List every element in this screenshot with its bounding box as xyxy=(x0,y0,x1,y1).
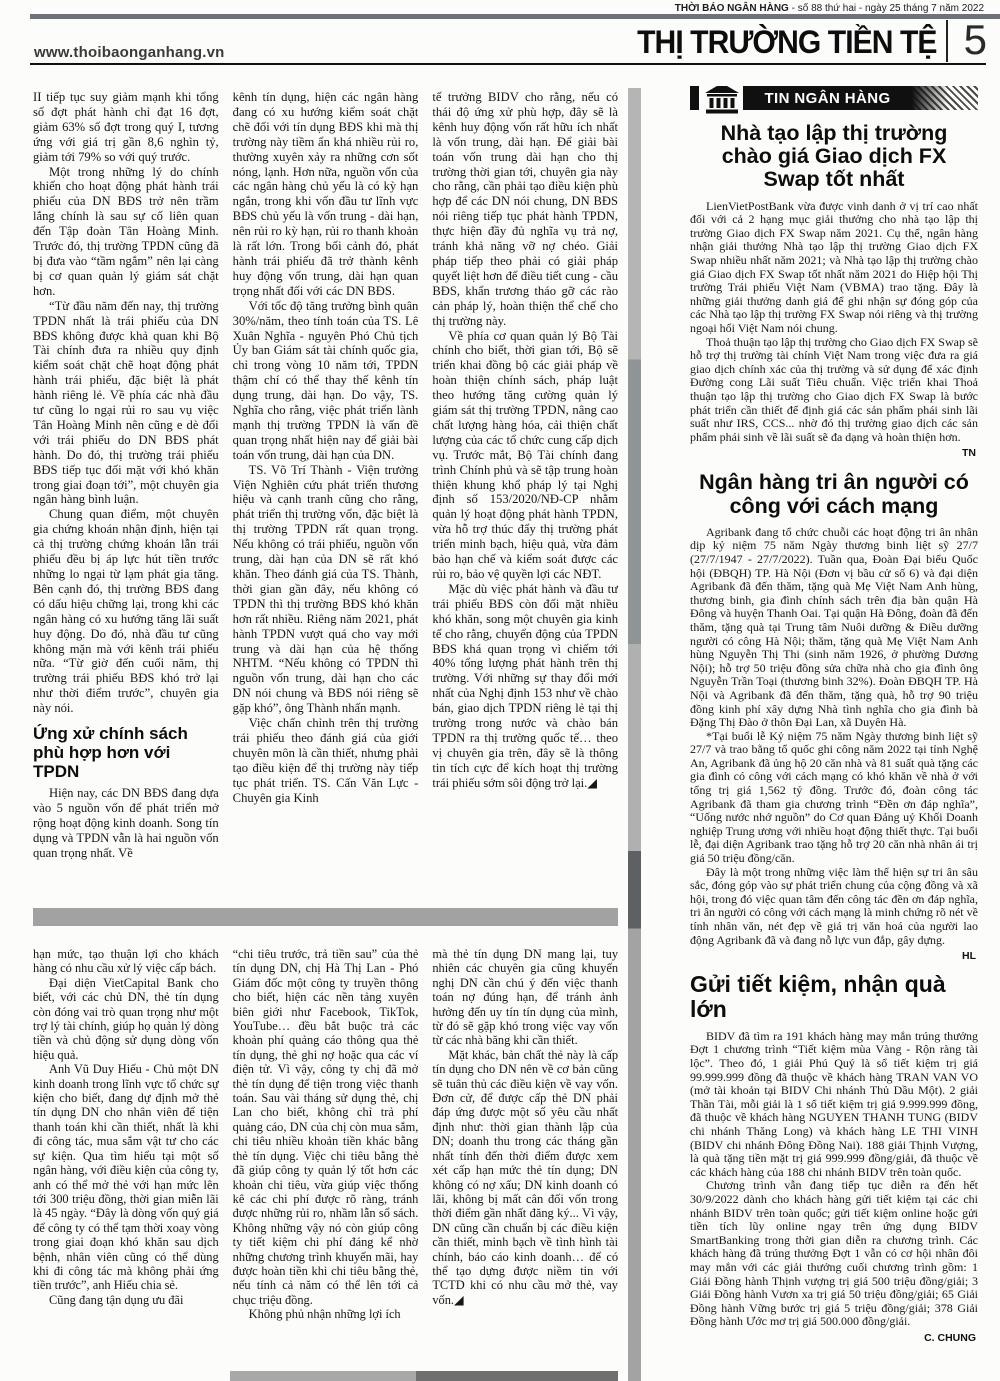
byline: TN xyxy=(690,447,976,459)
article-paragraph: Về phía cơ quan quản lý Bộ Tài chính cho… xyxy=(432,329,618,582)
byline: C. CHUNG xyxy=(690,1332,976,1344)
byline: HL xyxy=(690,950,976,962)
news-article-fx-swap: Nhà tạo lập thị trường chào giá Giao dịc… xyxy=(690,122,978,459)
article-column-3: tế trưởng BIDV cho rằng, nếu có thái độ … xyxy=(432,90,618,906)
article-paragraph: Không phủ nhận những lợi ích xyxy=(233,1307,419,1321)
bond-market-article: II tiếp tục suy giảm mạnh khi tổng số đợ… xyxy=(33,90,618,906)
page-number: 5 xyxy=(964,16,987,64)
issue-info: - số 88 thứ hai - ngày 25 tháng 7 năm 20… xyxy=(789,3,984,14)
article-paragraph: Mặt khác, bản chất thẻ này là cấp tín dụ… xyxy=(432,1048,618,1307)
news-body: Agribank đang tổ chức chuỗi các hoạt độn… xyxy=(690,526,978,947)
article-column-1: hạn mức, tạo thuận lợi cho khách hàng có… xyxy=(33,947,219,1380)
column-divider-strip xyxy=(628,88,641,1381)
article-paragraph: mà thẻ tín dụng DN mang lại, tuy nhiên c… xyxy=(432,947,618,1048)
article-paragraph: tế trưởng BIDV cho rằng, nếu có thái độ … xyxy=(432,90,618,329)
website-url: www.thoibaonganhang.vn xyxy=(34,44,225,61)
article-paragraph: Chung quan điểm, một chuyên gia chứng kh… xyxy=(33,507,219,716)
left-articles-region: II tiếp tục suy giảm mạnh khi tổng số đợ… xyxy=(33,90,618,1380)
article-paragraph: Mặc dù việc phát hành và đầu tư trái phi… xyxy=(432,582,618,791)
news-headline: Ngân hàng tri ân người có công với cách … xyxy=(694,471,974,517)
top-divider-band xyxy=(30,14,1000,19)
article-paragraph: LienVietPostBank vừa được vinh danh ở vị… xyxy=(690,200,978,336)
section-title: THỊ TRƯỜNG TIỀN TỆ xyxy=(637,24,936,61)
article-paragraph: Thoả thuận tạo lập thị trường cho Giao d… xyxy=(690,336,978,445)
news-body: BIDV đã tìm ra 191 khách hàng may mắn tr… xyxy=(690,1030,978,1329)
bank-building-icon xyxy=(701,86,743,110)
credit-card-article: hạn mức, tạo thuận lợi cho khách hàng có… xyxy=(33,947,618,1380)
news-body: LienVietPostBank vừa được vinh danh ở vị… xyxy=(690,200,978,445)
news-headline: Gửi tiết kiệm, nhận quà lớn xyxy=(690,972,978,1022)
article-paragraph: Hiện nay, các DN BĐS đang dựa vào 5 nguồ… xyxy=(33,786,219,861)
article-paragraph: II tiếp tục suy giảm mạnh khi tổng số đợ… xyxy=(33,90,219,165)
article-paragraph: Đại diện VietCapital Bank cho biết, với … xyxy=(33,976,219,1062)
article-column-3: mà thẻ tín dụng DN mang lại, tuy nhiên c… xyxy=(432,947,618,1380)
news-article-agribank: Ngân hàng tri ân người có công với cách … xyxy=(690,471,978,962)
article-separator-bar xyxy=(33,908,618,926)
article-column-2: kênh tín dụng, hiện các ngân hàng đang c… xyxy=(233,90,419,906)
article-paragraph: BIDV đã tìm ra 191 khách hàng may mắn tr… xyxy=(690,1030,978,1180)
paper-name: THỜI BÁO NGÂN HÀNG xyxy=(675,3,789,14)
article-paragraph: Agribank đang tổ chức chuỗi các hoạt độn… xyxy=(690,526,978,730)
news-article-bidv-savings: Gửi tiết kiệm, nhận quà lớn BIDV đã tìm … xyxy=(690,972,978,1344)
article-paragraph: Anh Vũ Duy Hiếu - Chủ một DN kinh doanh … xyxy=(33,1062,219,1293)
article-paragraph: kênh tín dụng, hiện các ngân hàng đang c… xyxy=(233,90,419,299)
article-paragraph: TS. Võ Trí Thành - Viện trưởng Viện Nghi… xyxy=(233,463,419,716)
article-subhead: Ứng xử chính sách phù hợp hơn với TPDN xyxy=(33,724,219,781)
banner-title-bar: TIN NGÂN HÀNG xyxy=(743,86,912,110)
article-paragraph: hạn mức, tạo thuận lợi cho khách hàng có… xyxy=(33,947,219,976)
issue-line: THỜI BÁO NGÂN HÀNG - số 88 thứ hai - ngà… xyxy=(675,3,984,14)
banner-title: TIN NGÂN HÀNG xyxy=(764,90,890,107)
article-paragraph: “Từ đầu năm đến nay, thị trường TPDN nhấ… xyxy=(33,299,219,508)
news-headline: Nhà tạo lập thị trường chào giá Giao dịc… xyxy=(694,122,974,192)
masthead-rule xyxy=(30,63,986,65)
article-paragraph: Chương trình vẫn đang tiếp tục diễn ra đ… xyxy=(690,1179,978,1329)
article-paragraph: Một trong những lý do chính khiến cho ho… xyxy=(33,165,219,299)
bank-news-column: TIN NGÂN HÀNG Nhà tạo lập thị trường chà… xyxy=(690,86,978,1381)
article-paragraph: Đây là một trong những việc làm thể hiện… xyxy=(690,866,978,948)
article-paragraph: Cũng đang tận dụng ưu đãi xyxy=(33,1293,219,1307)
banner-black-square xyxy=(690,86,699,110)
article-column-2: “chi tiêu trước, trả tiền sau” của thẻ t… xyxy=(233,947,419,1380)
newspaper-page: THỜI BÁO NGÂN HÀNG - số 88 thứ hai - ngà… xyxy=(0,0,1000,1381)
bottom-separator-bar xyxy=(230,1371,618,1381)
masthead-vertical-divider xyxy=(946,20,948,62)
bank-news-banner: TIN NGÂN HÀNG xyxy=(690,86,978,110)
article-paragraph: Việc chấn chỉnh trên thị trường trái phi… xyxy=(233,716,419,805)
article-paragraph: Với tốc độ tăng trưởng bình quân 30%/năm… xyxy=(233,299,419,463)
article-column-1: II tiếp tục suy giảm mạnh khi tổng số đợ… xyxy=(33,90,219,906)
article-paragraph: *Tại buổi lễ Kỷ niệm 75 năm Ngày thương … xyxy=(690,730,978,866)
article-paragraph: “chi tiêu trước, trả tiền sau” của thẻ t… xyxy=(233,947,419,1307)
banner-hatch-decoration xyxy=(912,86,978,110)
